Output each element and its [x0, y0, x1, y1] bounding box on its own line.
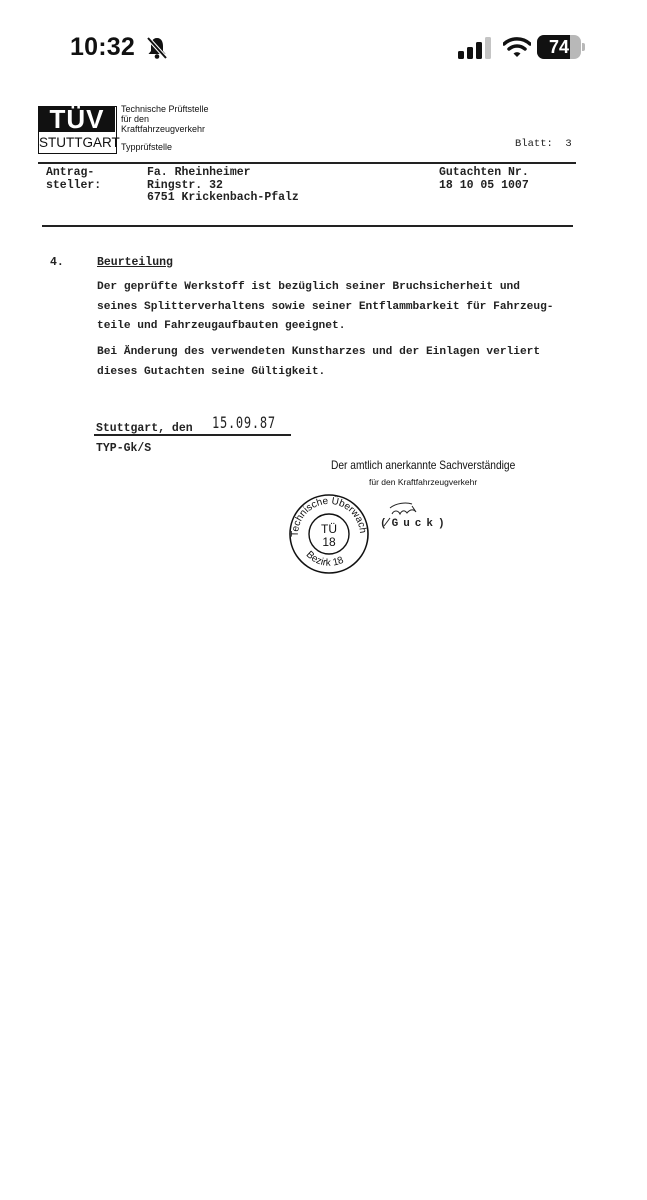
section-number: 4. — [50, 256, 64, 269]
organization-name: Technische Prüftstelle für den Kraftfahr… — [121, 104, 209, 134]
svg-text:18: 18 — [322, 535, 336, 549]
paragraph-line: seines Splitterverhaltens sowie seiner E… — [97, 298, 554, 318]
applicant-address: Fa. Rheinheimer Ringstr. 32 6751 Kricken… — [147, 167, 299, 205]
paragraph-validity: Bei Änderung des verwendeten Kunstharzes… — [97, 343, 540, 382]
label-line: Antrag- — [46, 167, 101, 180]
svg-text:TÜ: TÜ — [321, 522, 337, 536]
expert-subtitle: für den Kraftfahrzeugverkehr — [369, 477, 477, 487]
wifi-icon — [503, 36, 531, 58]
org-line: Kraftfahrzeugverkehr — [121, 124, 209, 134]
logo-city-text: STUTTGART — [39, 133, 115, 153]
tuv-logo: TÜV STUTTGART — [38, 106, 117, 154]
paragraph-assessment: Der geprüfte Werkstoff ist bezüglich sei… — [97, 278, 554, 337]
label-line: steller: — [46, 180, 101, 193]
svg-text:Bezirk 18: Bezirk 18 — [304, 549, 346, 569]
address-line: 6751 Krickenbach-Pfalz — [147, 192, 299, 205]
divider — [38, 162, 576, 164]
report-info: Gutachten Nr. 18 10 05 1007 — [439, 167, 529, 192]
org-line: Technische Prüftstelle — [121, 104, 209, 114]
official-stamp-icon: Technische Überwachung Bezirk 18 TÜ 18 — [288, 493, 370, 575]
cellular-signal-icon — [458, 37, 492, 59]
paragraph-line: Bei Änderung des verwendeten Kunstharzes… — [97, 343, 540, 363]
sheet-number: Blatt: 3 — [515, 138, 572, 150]
org-line: für den — [121, 114, 209, 124]
department: Typprüfstelle — [121, 142, 172, 152]
bell-slash-icon — [146, 36, 168, 60]
status-time: 10:32 — [70, 33, 135, 62]
battery-percent: 74 — [537, 35, 581, 59]
date-stamp: 15.09.87 — [212, 413, 276, 432]
divider — [42, 225, 573, 227]
report-label: Gutachten Nr. — [439, 167, 529, 180]
applicant-label: Antrag- steller: — [46, 167, 101, 192]
section-title: Beurteilung — [97, 256, 173, 269]
paragraph-line: teile und Fahrzeugaufbauten geeignet. — [97, 317, 554, 337]
paragraph-line: Der geprüfte Werkstoff ist bezüglich sei… — [97, 278, 554, 298]
date-underline — [94, 434, 291, 436]
paragraph-line: dieses Gutachten seine Gültigkeit. — [97, 363, 540, 383]
reference-code: TYP-Gk/S — [96, 442, 151, 455]
report-number: 18 10 05 1007 — [439, 180, 529, 193]
address-line: Fa. Rheinheimer — [147, 167, 299, 180]
expert-title: Der amtlich anerkannte Sachverständige — [331, 458, 515, 472]
logo-tuv-text: TÜV — [39, 105, 115, 133]
signatory-name: (Guck) — [380, 518, 450, 530]
battery-indicator: 74 — [537, 35, 587, 59]
